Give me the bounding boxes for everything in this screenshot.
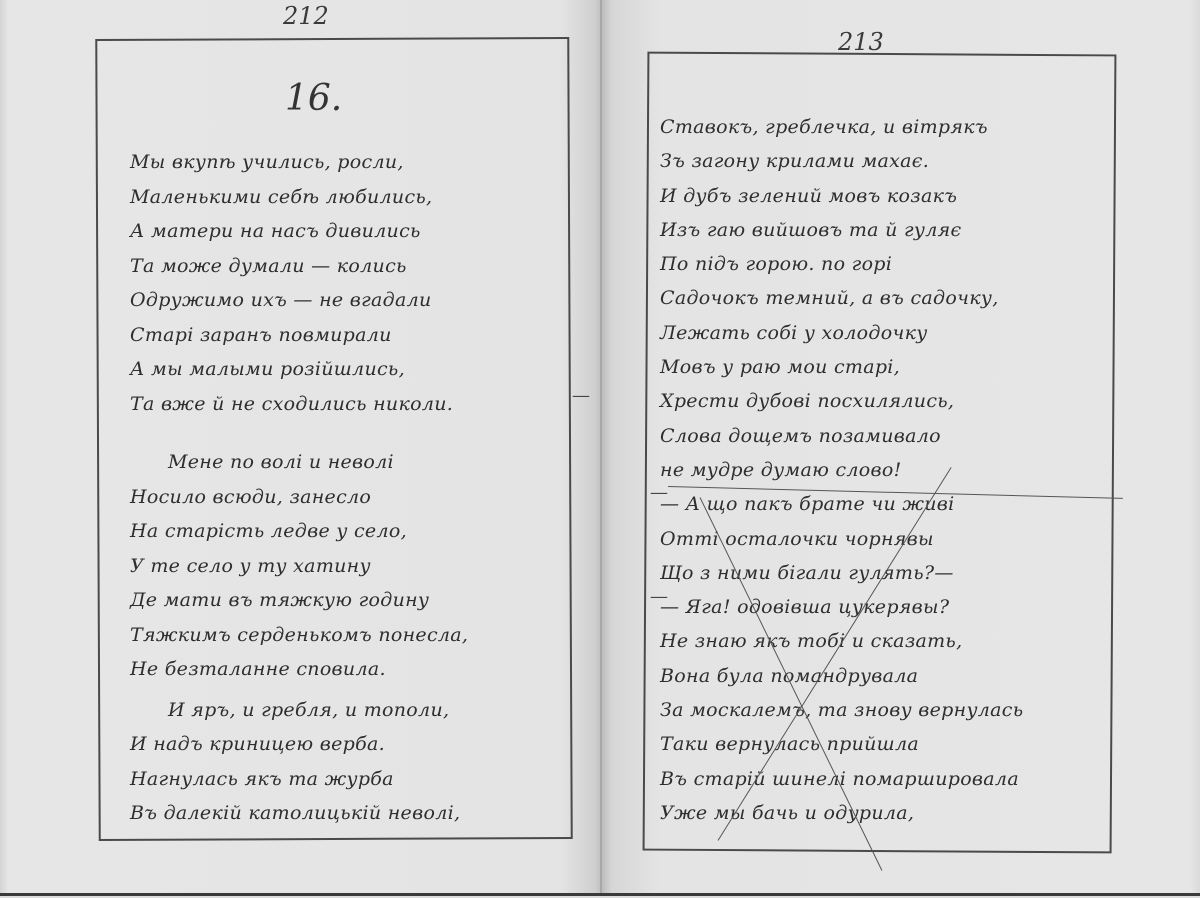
margin-mark: — (650, 586, 668, 607)
chapter-number: 16. (285, 78, 342, 119)
text-line: Не знаю якъ тобі и сказать, (660, 624, 1110, 658)
text-line: Ставокъ, греблечка, и вітрякъ (660, 110, 1110, 144)
text-line: У те село у ту хатину (130, 549, 570, 584)
text-line: И надъ криницею верба. (130, 727, 570, 762)
text-line: Тяжкимъ серденькомъ понесла, (130, 618, 570, 653)
text-line: Носило всюди, занесло (130, 480, 570, 515)
text-line: Не безталанне сповила. (130, 652, 570, 687)
manuscript-spread: 212 16. Мы вкупѣ учились, росли, Маленьк… (0, 0, 1200, 896)
text-line: не мудре думаю слово! (660, 453, 1110, 487)
text-line: Мене по волі и неволі (130, 445, 570, 480)
text-line: Вона була помандрувала (660, 659, 1110, 693)
text-line: — Яга! одовівша цукерявы? (660, 590, 1110, 624)
text-line: Таки вернулась прийшла (660, 727, 1110, 761)
margin-mark: — (572, 385, 590, 406)
text-line: По підъ горою. по горі (660, 247, 1110, 281)
page-bottom-edge (0, 893, 1200, 896)
book-spine (600, 0, 602, 896)
text-line: Лежать собі у холодочку (660, 316, 1110, 350)
text-line: Одружимо ихъ — не вгадали (130, 283, 570, 318)
text-line: Та вже й не сходились николи. (130, 387, 570, 422)
text-line: Мы вкупѣ учились, росли, (130, 145, 570, 180)
text-line: На старість ледве у село, (130, 514, 570, 549)
text-line: Мовъ у раю мои старі, (660, 350, 1110, 384)
text-line: И яръ, и гребля, и тополи, (130, 693, 570, 728)
text-line: Слова дощемъ позамивало (660, 419, 1110, 453)
text-line: И дубъ зелений мовъ козакъ (660, 179, 1110, 213)
text-line: Старі заранъ повмирали (130, 318, 570, 353)
text-line: А матери на насъ дивились (130, 214, 570, 249)
text-line: Изъ гаю вийшовъ та й гуляє (660, 213, 1110, 247)
text-line: Въ далекій католицькій неволі, (130, 796, 570, 831)
text-line: Де мати въ тяжкую годину (130, 583, 570, 618)
text-line: А мы малыми розійшлись, (130, 352, 570, 387)
left-page-number: 212 (283, 2, 329, 30)
text-line: Та може думали — колись (130, 249, 570, 284)
text-line: Садочокъ темний, а въ садочку, (660, 281, 1110, 315)
text-line: За москалемъ, та знову вернулась (660, 693, 1110, 727)
text-line: Маленькими себѣ любились, (130, 180, 570, 215)
text-line: Нагнулась якъ та журба (130, 762, 570, 797)
margin-mark: — (650, 482, 668, 503)
text-line: Въ старій шинелі помаршировала (660, 762, 1110, 796)
text-line: Хрести дубові посхилялись, (660, 384, 1110, 418)
right-page-text: Ставокъ, греблечка, и вітрякъ Зъ загону … (660, 110, 1110, 830)
left-page-text: Мы вкупѣ учились, росли, Маленькими себѣ… (130, 145, 570, 831)
text-line: Зъ загону крилами махає. (660, 144, 1110, 178)
text-line: Отті осталочки чорнявы (660, 522, 1110, 556)
